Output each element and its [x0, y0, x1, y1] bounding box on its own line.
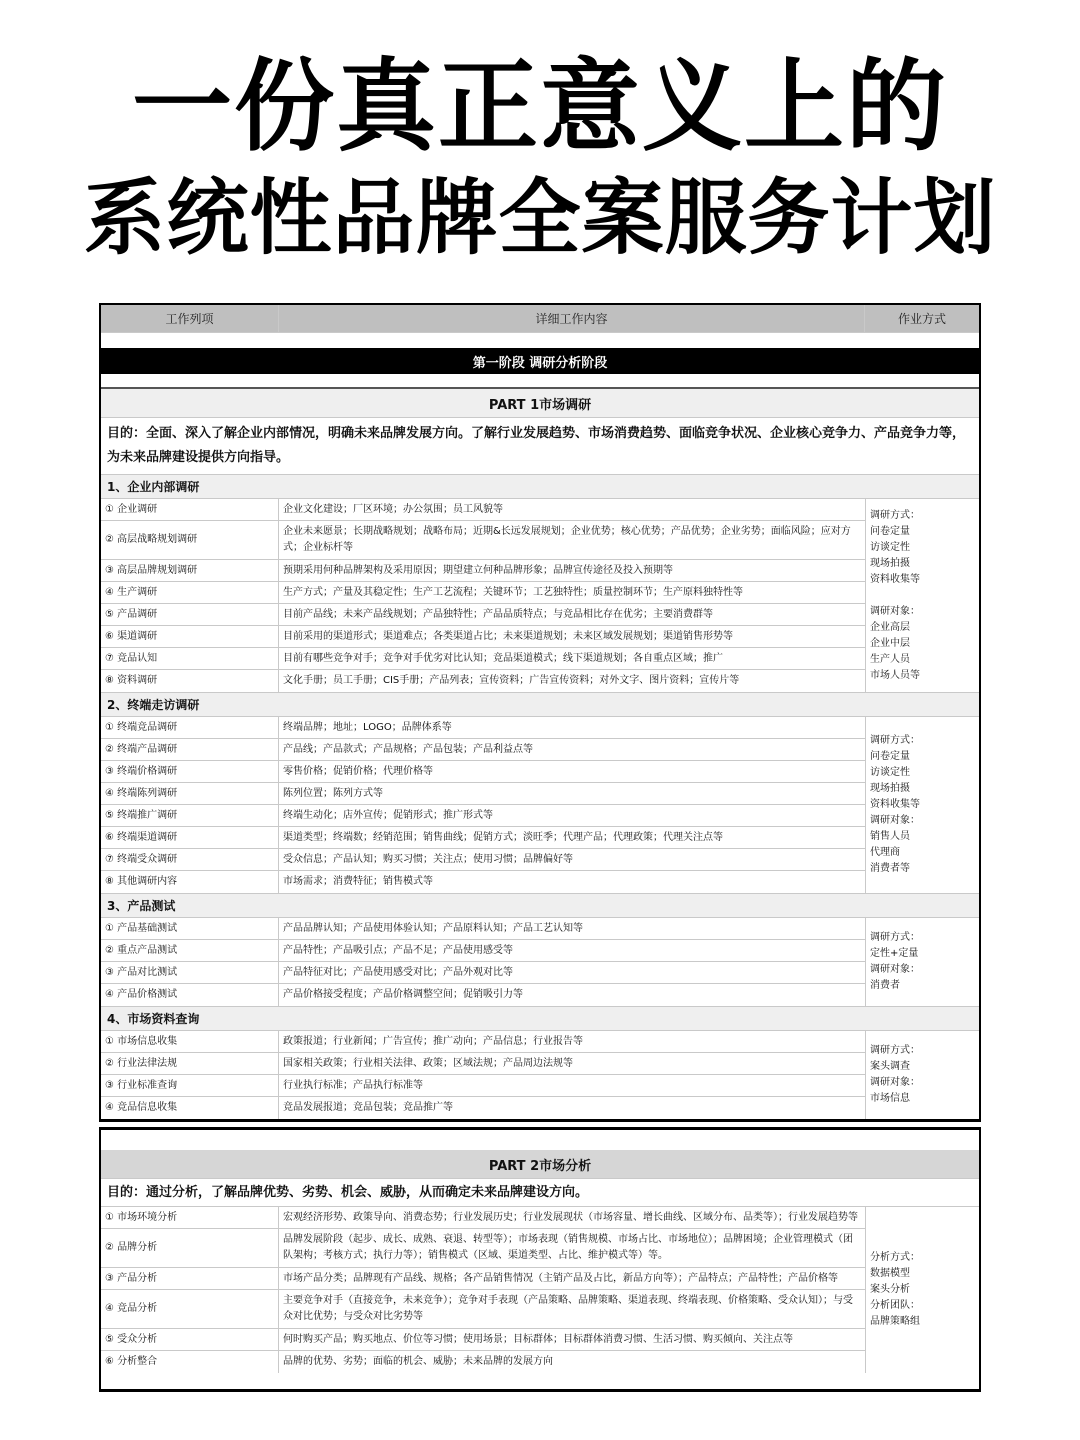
method-line: 访谈定性 — [870, 540, 975, 556]
work-content-cell: 行业执行标准；产品执行标准等 — [279, 1075, 865, 1096]
work-content-cell: 竞品发展报道；竞品包装；竞品推广等 — [279, 1097, 865, 1119]
work-item-cell: ⑧ 资料调研 — [101, 670, 279, 692]
work-item-cell: ① 企业调研 — [101, 499, 279, 520]
work-content-cell: 企业未来愿景；长期战略规划；战略布局；近期&长远发展规划；企业优势；核心优势；产… — [279, 521, 865, 559]
work-item-cell: ④ 竞品分析 — [101, 1290, 279, 1328]
work-item-cell: ⑥ 终端渠道调研 — [101, 827, 279, 848]
section-group: ① 市场信息收集政策报道；行业新闻；广告宣传；推广动向；产品信息；行业报告等② … — [101, 1031, 979, 1119]
part2-group: ① 市场环境分析宏观经济形势、政策导向、消费态势；行业发展历史；行业发展现状（市… — [101, 1207, 979, 1373]
work-item-cell: ⑥ 分析整合 — [101, 1351, 279, 1373]
work-content-cell: 目前有哪些竞争对手；竞争对手优劣对比认知；竞品渠道模式；线下渠道规划；各自重点区… — [279, 648, 865, 669]
work-content-cell: 目前产品线；未来产品线规划；产品独特性；产品品质特点；与竞品相比存在优劣；主要消… — [279, 604, 865, 625]
plan-table-part2: PART 2市场分析 目的：通过分析，了解品牌优势、劣势、机会、威胁，从而确定未… — [99, 1127, 981, 1392]
work-item-cell: ⑧ 其他调研内容 — [101, 871, 279, 893]
table-row: ⑧ 资料调研文化手册；员工手册；CIS手册；产品列表；宣传资料；广告宣传资料；对… — [101, 670, 865, 692]
header-method: 作业方式 — [865, 305, 979, 332]
work-content-cell: 产品特性；产品吸引点；产品不足；产品使用感受等 — [279, 940, 865, 961]
work-content-cell: 产品品牌认知；产品使用体验认知；产品原料认知；产品工艺认知等 — [279, 918, 865, 939]
spacer — [101, 333, 979, 348]
work-item-cell: ① 产品基础测试 — [101, 918, 279, 939]
table-row: ⑥ 终端渠道调研渠道类型；终端数；经销范围；销售曲线；促销方式；淡旺季；代理产品… — [101, 827, 865, 849]
method-line: 现场拍摄 — [870, 556, 975, 572]
table-row: ① 企业调研企业文化建设；厂区环境；办公氛围；员工风貌等 — [101, 499, 865, 521]
table-row: ⑧ 其他调研内容市场需求；消费特征；销售模式等 — [101, 871, 865, 893]
method-line: 案头调查 — [870, 1059, 975, 1075]
method-line: 访谈定性 — [870, 765, 975, 781]
work-item-cell: ③ 终端价格调研 — [101, 761, 279, 782]
work-content-cell: 文化手册；员工手册；CIS手册；产品列表；宣传资料；广告宣传资料；对外文字、图片… — [279, 670, 865, 692]
section-group: ① 企业调研企业文化建设；厂区环境；办公氛围；员工风貌等② 高层战略规划调研企业… — [101, 499, 979, 693]
table-row: ④ 产品价格测试产品价格接受程度；产品价格调整空间；促销吸引力等 — [101, 984, 865, 1006]
method-line: 调研方式： — [870, 930, 975, 946]
table-row: ① 市场信息收集政策报道；行业新闻；广告宣传；推广动向；产品信息；行业报告等 — [101, 1031, 865, 1053]
method-line: 调研对象： — [870, 813, 975, 829]
method-line: 企业中层 — [870, 636, 975, 652]
work-content-cell: 市场需求；消费特征；销售模式等 — [279, 871, 865, 893]
work-item-cell: ② 行业法律法规 — [101, 1053, 279, 1074]
section-group: ① 产品基础测试产品品牌认知；产品使用体验认知；产品原料认知；产品工艺认知等② … — [101, 918, 979, 1007]
method-line: 资料收集等 — [870, 797, 975, 813]
section-title: 2、终端走访调研 — [101, 693, 979, 717]
work-item-cell: ① 终端竞品调研 — [101, 717, 279, 738]
work-item-cell: ③ 行业标准查询 — [101, 1075, 279, 1096]
method-line: 消费者 — [870, 978, 975, 994]
section-rows: ① 市场信息收集政策报道；行业新闻；广告宣传；推广动向；产品信息；行业报告等② … — [101, 1031, 865, 1119]
work-content-cell: 目前采用的渠道形式；渠道难点；各类渠道占比；未来渠道规划；未来区域发展规划；渠道… — [279, 626, 865, 647]
method-line: 市场信息 — [870, 1091, 975, 1107]
work-item-cell: ③ 产品对比测试 — [101, 962, 279, 983]
work-content-cell: 企业文化建设；厂区环境；办公氛围；员工风貌等 — [279, 499, 865, 520]
section-method-cell: 调研方式：定性+定量调研对象：消费者 — [865, 918, 979, 1006]
method-line: 调研对象： — [870, 962, 975, 978]
method-line: 调研对象： — [870, 1075, 975, 1091]
work-content-cell: 预期采用何种品牌架构及采用原因；期望建立何种品牌形象；品牌宣传途径及投入预期等 — [279, 560, 865, 581]
part2-goal: 目的：通过分析，了解品牌优势、劣势、机会、威胁，从而确定未来品牌建设方向。 — [101, 1179, 979, 1207]
part2-title: PART 2市场分析 — [101, 1150, 979, 1179]
work-item-cell: ④ 竞品信息收集 — [101, 1097, 279, 1119]
table-row: ⑥ 渠道调研目前采用的渠道形式；渠道难点；各类渠道占比；未来渠道规划；未来区域发… — [101, 626, 865, 648]
section-rows: ① 企业调研企业文化建设；厂区环境；办公氛围；员工风貌等② 高层战略规划调研企业… — [101, 499, 865, 692]
method-line: 企业高层 — [870, 620, 975, 636]
work-content-cell: 终端生动化；店外宣传；促销形式；推广形式等 — [279, 805, 865, 826]
method-line: 生产人员 — [870, 652, 975, 668]
work-item-cell: ⑤ 受众分析 — [101, 1329, 279, 1350]
table-row: ③ 终端价格调研零售价格；促销价格；代理价格等 — [101, 761, 865, 783]
table-row: ⑦ 竞品认知目前有哪些竞争对手；竞争对手优劣对比认知；竞品渠道模式；线下渠道规划… — [101, 648, 865, 670]
work-content-cell: 宏观经济形势、政策导向、消费态势；行业发展历史；行业发展现状（市场容量、增长曲线… — [279, 1207, 865, 1228]
table-row: ① 市场环境分析宏观经济形势、政策导向、消费态势；行业发展历史；行业发展现状（市… — [101, 1207, 865, 1229]
work-content-cell: 市场产品分类；品牌现有产品线、规格；各产品销售情况（主销产品及占比，新品方向等）… — [279, 1268, 865, 1289]
table-row: ⑤ 终端推广调研终端生动化；店外宣传；促销形式；推广形式等 — [101, 805, 865, 827]
table-row: ④ 竞品信息收集竞品发展报道；竞品包装；竞品推广等 — [101, 1097, 865, 1119]
work-item-cell: ③ 产品分析 — [101, 1268, 279, 1289]
section-rows: ① 终端竞品调研终端品牌；地址；LOGO；品牌体系等② 终端产品调研产品线；产品… — [101, 717, 865, 893]
table-row: ④ 竞品分析主要竞争对手（直接竞争，未来竞争）；竞争对手表现（产品策略、品牌策略… — [101, 1290, 865, 1329]
work-item-cell: ⑦ 竞品认知 — [101, 648, 279, 669]
work-content-cell: 产品特征对比；产品使用感受对比；产品外观对比等 — [279, 962, 865, 983]
section-title: 1、企业内部调研 — [101, 475, 979, 499]
work-item-cell: ⑤ 终端推广调研 — [101, 805, 279, 826]
work-item-cell: ② 品牌分析 — [101, 1229, 279, 1267]
work-item-cell: ① 市场信息收集 — [101, 1031, 279, 1052]
method-line: 市场人员等 — [870, 668, 975, 684]
work-item-cell: ④ 生产调研 — [101, 582, 279, 603]
table-row: ③ 行业标准查询行业执行标准；产品执行标准等 — [101, 1075, 865, 1097]
table-row: ② 行业法律法规国家相关政策；行业相关法律、政策；区域法规；产品周边法规等 — [101, 1053, 865, 1075]
work-item-cell: ② 重点产品测试 — [101, 940, 279, 961]
table-row: ② 高层战略规划调研企业未来愿景；长期战略规划；战略布局；近期&长远发展规划；企… — [101, 521, 865, 560]
method-line: 现场拍摄 — [870, 781, 975, 797]
table-row: ⑤ 受众分析何时购买产品；购买地点、价位等习惯；使用场景；目标群体；目标群体消费… — [101, 1329, 865, 1351]
table-row: ⑦ 终端受众调研受众信息；产品认知；购买习惯；关注点；使用习惯；品牌偏好等 — [101, 849, 865, 871]
method-line: 调研方式： — [870, 508, 975, 524]
work-content-cell: 政策报道；行业新闻；广告宣传；推广动向；产品信息；行业报告等 — [279, 1031, 865, 1052]
table-row: ② 品牌分析品牌发展阶段（起步、成长、成熟、衰退、转型等）；市场表现（销售规模、… — [101, 1229, 865, 1268]
method-line: 案头分析 — [870, 1282, 975, 1298]
table-row: ① 终端竞品调研终端品牌；地址；LOGO；品牌体系等 — [101, 717, 865, 739]
phase-banner: 第一阶段 调研分析阶段 — [101, 348, 979, 374]
part2-rows: ① 市场环境分析宏观经济形势、政策导向、消费态势；行业发展历史；行业发展现状（市… — [101, 1207, 865, 1373]
method-line: 资料收集等 — [870, 572, 975, 588]
method-line: 品牌策略组 — [870, 1314, 975, 1330]
section-title: 3、产品测试 — [101, 894, 979, 918]
table-row: ② 终端产品调研产品线；产品款式；产品规格；产品包装；产品利益点等 — [101, 739, 865, 761]
method-line: 销售人员 — [870, 829, 975, 845]
work-item-cell: ④ 终端陈列调研 — [101, 783, 279, 804]
work-item-cell: ⑦ 终端受众调研 — [101, 849, 279, 870]
work-item-cell: ⑤ 产品调研 — [101, 604, 279, 625]
spacer — [101, 1130, 979, 1150]
work-item-cell: ② 高层战略规划调研 — [101, 521, 279, 559]
method-line: 定性+定量 — [870, 946, 975, 962]
work-item-cell: ② 终端产品调研 — [101, 739, 279, 760]
work-content-cell: 品牌发展阶段（起步、成长、成熟、衰退、转型等）；市场表现（销售规模、市场占比、市… — [279, 1229, 865, 1267]
part1-goal: 目的：全面、深入了解企业内部情况，明确未来品牌发展方向。了解行业发展趋势、市场消… — [101, 418, 979, 475]
section-method-cell: 调研方式：案头调查调研对象：市场信息 — [865, 1031, 979, 1119]
work-item-cell: ③ 高层品牌规划调研 — [101, 560, 279, 581]
table-row: ④ 生产调研生产方式；产量及其稳定性；生产工艺流程；关键环节；工艺独特性；质量控… — [101, 582, 865, 604]
method-line: 分析团队： — [870, 1298, 975, 1314]
work-content-cell: 产品价格接受程度；产品价格调整空间；促销吸引力等 — [279, 984, 865, 1006]
work-content-cell: 受众信息；产品认知；购买习惯；关注点；使用习惯；品牌偏好等 — [279, 849, 865, 870]
work-content-cell: 品牌的优势、劣势；面临的机会、威胁；未来品牌的发展方向 — [279, 1351, 865, 1373]
work-item-cell: ① 市场环境分析 — [101, 1207, 279, 1228]
method-line: 调研方式： — [870, 733, 975, 749]
work-content-cell: 陈列位置；陈列方式等 — [279, 783, 865, 804]
work-content-cell: 国家相关政策；行业相关法律、政策；区域法规；产品周边法规等 — [279, 1053, 865, 1074]
work-content-cell: 何时购买产品；购买地点、价位等习惯；使用场景；目标群体；目标群体消费习惯、生活习… — [279, 1329, 865, 1350]
section-title: 4、市场资料查询 — [101, 1007, 979, 1031]
table-header: 工作列项 详细工作内容 作业方式 — [101, 305, 979, 333]
method-gap — [870, 588, 975, 604]
table-row: ③ 产品分析市场产品分类；品牌现有产品线、规格；各产品销售情况（主销产品及占比，… — [101, 1268, 865, 1290]
work-content-cell: 产品线；产品款式；产品规格；产品包装；产品利益点等 — [279, 739, 865, 760]
work-content-cell: 终端品牌；地址；LOGO；品牌体系等 — [279, 717, 865, 738]
method-line: 分析方式： — [870, 1250, 975, 1266]
part1-title: PART 1市场调研 — [101, 389, 979, 418]
section-method-cell: 调研方式：问卷定量访谈定性现场拍摄资料收集等调研对象：企业高层企业中层生产人员市… — [865, 499, 979, 692]
method-line: 问卷定量 — [870, 749, 975, 765]
table-row: ③ 高层品牌规划调研预期采用何种品牌架构及采用原因；期望建立何种品牌形象；品牌宣… — [101, 560, 865, 582]
table-row: ③ 产品对比测试产品特征对比；产品使用感受对比；产品外观对比等 — [101, 962, 865, 984]
header-detail-content: 详细工作内容 — [279, 305, 865, 332]
section-rows: ① 产品基础测试产品品牌认知；产品使用体验认知；产品原料认知；产品工艺认知等② … — [101, 918, 865, 1006]
table-row: ④ 终端陈列调研陈列位置；陈列方式等 — [101, 783, 865, 805]
spacer — [101, 374, 979, 389]
section-method-cell: 调研方式：问卷定量访谈定性现场拍摄资料收集等调研对象：销售人员代理商消费者等 — [865, 717, 979, 893]
work-content-cell: 零售价格；促销价格；代理价格等 — [279, 761, 865, 782]
part1-sections: 1、企业内部调研① 企业调研企业文化建设；厂区环境；办公氛围；员工风貌等② 高层… — [101, 475, 979, 1119]
method-line: 调研方式： — [870, 1043, 975, 1059]
part2-method-cell: 分析方式：数据模型案头分析分析团队：品牌策略组 — [865, 1207, 979, 1373]
table-row: ② 重点产品测试产品特性；产品吸引点；产品不足；产品使用感受等 — [101, 940, 865, 962]
table-row: ⑤ 产品调研目前产品线；未来产品线规划；产品独特性；产品品质特点；与竞品相比存在… — [101, 604, 865, 626]
method-line: 数据模型 — [870, 1266, 975, 1282]
method-line: 调研对象： — [870, 604, 975, 620]
work-item-cell: ⑥ 渠道调研 — [101, 626, 279, 647]
method-line: 问卷定量 — [870, 524, 975, 540]
work-content-cell: 主要竞争对手（直接竞争，未来竞争）；竞争对手表现（产品策略、品牌策略、渠道表现、… — [279, 1290, 865, 1328]
header-work-item: 工作列项 — [101, 305, 279, 332]
table-row: ⑥ 分析整合品牌的优势、劣势；面临的机会、威胁；未来品牌的发展方向 — [101, 1351, 865, 1373]
plan-table: 工作列项 详细工作内容 作业方式 第一阶段 调研分析阶段 PART 1市场调研 … — [99, 303, 981, 1122]
work-content-cell: 生产方式；产量及其稳定性；生产工艺流程；关键环节；工艺独特性；质量控制环节；生产… — [279, 582, 865, 603]
work-item-cell: ④ 产品价格测试 — [101, 984, 279, 1006]
method-line: 消费者等 — [870, 861, 975, 877]
section-group: ① 终端竞品调研终端品牌；地址；LOGO；品牌体系等② 终端产品调研产品线；产品… — [101, 717, 979, 894]
work-content-cell: 渠道类型；终端数；经销范围；销售曲线；促销方式；淡旺季；代理产品；代理政策；代理… — [279, 827, 865, 848]
table-row: ① 产品基础测试产品品牌认知；产品使用体验认知；产品原料认知；产品工艺认知等 — [101, 918, 865, 940]
page-title-line-1: 一份真正意义上的 — [0, 52, 1080, 162]
method-line: 代理商 — [870, 845, 975, 861]
page-title-line-2: 系统性品牌全案服务计划 — [0, 172, 1080, 266]
